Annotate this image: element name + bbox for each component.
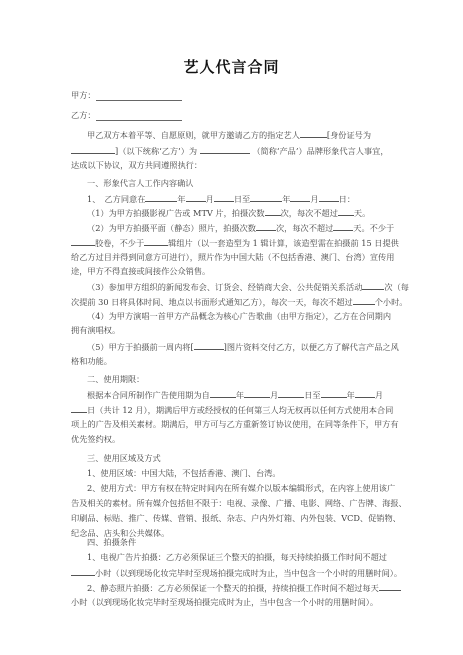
photo-days-blank[interactable] [333,222,353,231]
section-4-item-1: 1、电视广告片拍摄：乙方必须保证三个整天的拍摄，每天持续拍摄工作时间不超过 [87,552,387,563]
section-2-line-1: 根据本合同所制作广告使用期为自年月日至年月 [87,389,383,401]
end-year-blank[interactable] [250,193,282,202]
section-4-item-1-line-2: 小时（以到现场化妆完毕时至现场拍摄完成时为止，当中包含一个小时的用膳时间）。 [71,567,402,579]
section-3-item-2-line-3: 印刷品、标贴、推广、传媒、营销、报纸、杂志、户内外灯箱、内外包装、VCD、促销物… [71,513,401,524]
section-2-line-3: 项上的广告及相关素材。期满后，甲方可与乙方重新签订协议使用，在同等条件下，甲方有 [71,419,399,430]
photo-count-blank[interactable] [256,222,276,231]
section-1-sub-1: （1）为甲方拍摄影视广告或 MTV 片，拍摄次数次，每次不超过天。 [87,207,370,219]
section-1-sub-3: （3）参加甲方组织的新闻发布会、订货会、经销商大会、公共促销关系活动次（每 [87,281,409,293]
photo-sets-blank[interactable] [144,237,168,246]
tv-hours-blank[interactable] [71,567,95,576]
section-1-sub-5-line-2: 格和功能。 [71,356,112,367]
party-b-line: 乙方： [71,110,96,121]
section-4-item-2-line-2: 小时（以到现场化妆完毕时至现场拍摄完成时为止，当中包含一个小时的用膳时间）。 [71,597,378,608]
party-a-blank[interactable] [96,100,182,101]
party-b-blank[interactable] [96,120,182,121]
use-end-day-blank[interactable] [71,404,87,413]
event-count-blank[interactable] [362,281,384,290]
section-2-heading: 二、使用期限： [87,374,144,385]
intro-line-2: ]（以下统称‘乙方’）为 （简称‘产品’）品牌形象代言人事宜， [71,145,389,157]
film-rolls-blank[interactable] [71,237,95,246]
use-start-month-blank[interactable] [244,389,270,398]
start-year-blank[interactable] [145,193,177,202]
event-hours-blank[interactable] [353,296,375,305]
end-month-blank[interactable] [290,193,310,202]
section-1-sub-3-line-2: 次提前 30 日将具体时间、地点以书面形式通知乙方），每次一天，每次不超过个小时… [71,296,407,308]
section-2-line-4: 优先签约权。 [71,434,120,445]
use-end-month-blank[interactable] [355,389,375,398]
section-1-sub-2-line-3: 给乙方过目并得到同意方可进行），照片作为中国大陆（不包括香港、澳门、台湾）宣传用 [71,252,394,263]
section-1-sub-2: （2）为甲方拍摄平面（静态）照片，拍摄次数次，每次不超过天。不少于 [87,222,394,234]
section-1-sub-4: （4）为甲方演唱一首甲方产品概念为核心广告歌曲（由甲方指定），乙方在合同期内 [87,311,391,322]
use-start-year-blank[interactable] [210,389,236,398]
mtv-days-blank[interactable] [338,207,354,216]
intro-line-3: 达成以下协议，双方共同遵照执行： [71,160,202,171]
section-1-heading: 一、形象代言人工作内容确认 [87,178,193,189]
party-b-label: 乙方： [71,110,96,120]
section-2-line-2: 日（共计 12 月），期满后甲方或经授权的任何第三人均无权再以任何方式使用本合同 [71,404,393,416]
document-title: 艺人代言合同 [0,56,463,77]
end-day-blank[interactable] [319,193,339,202]
section-3-heading: 三、使用区域及方式 [87,453,161,464]
section-1-sub-4-line-2: 拥有演唱权。 [71,325,120,336]
section-4-item-2: 2、静态照片拍摄：乙方必须保证一个整天的拍摄，持续拍摄工作时间不超过每天 [87,582,401,594]
section-1-sub-5: （5）甲方于拍摄前一周内将[]图片资料交付乙方，以便乙方了解代言产品之风 [87,341,399,353]
section-3-item-2: 2、使用方式：甲方有权在特定时间内在所有媒介以版本编辑形式，在内容上使用该广 [87,483,395,494]
party-a-line: 甲方： [71,90,96,101]
photo-hours-blank[interactable] [379,582,401,591]
use-start-day-blank[interactable] [278,389,304,398]
mtv-count-blank[interactable] [265,207,281,216]
id-number-blank[interactable] [71,145,115,154]
artist-name-blank[interactable] [300,129,327,138]
product-blank[interactable] [200,145,250,154]
intro-line-1: 甲乙双方本着平等、自愿原则，就甲方邀请乙方的指定艺人[身份证号为 [87,129,371,141]
section-4-heading: 四、拍摄条件 [87,537,136,548]
section-1-sub-2-line-2: 胶卷，不少于辑组片（以一套造型为 1 辑计算，该造型需在拍摄前 15 日提供 [71,237,399,249]
section-1-item-1: 1、 乙方同意在年月日至年月日： [87,193,355,205]
start-month-blank[interactable] [186,193,206,202]
party-a-label: 甲方： [71,90,96,100]
use-end-year-blank[interactable] [321,389,347,398]
materials-blank[interactable] [194,341,224,350]
section-1-sub-2-line-4: 途，甲方不得直接或间接作公众销售。 [71,266,210,277]
contract-page: 艺人代言合同 甲方： 乙方： 甲乙双方本着平等、自愿原则，就甲方邀请乙方的指定艺… [0,0,463,655]
section-3-item-1: 1、使用区域：中国大陆，不包括香港、澳门、台湾。 [87,468,281,479]
start-day-blank[interactable] [214,193,234,202]
section-3-item-2-line-2: 告及相关的素材。所有媒介包括但不限于：电视、录像、广播、电影、网络、广告牌、海报… [71,498,407,509]
